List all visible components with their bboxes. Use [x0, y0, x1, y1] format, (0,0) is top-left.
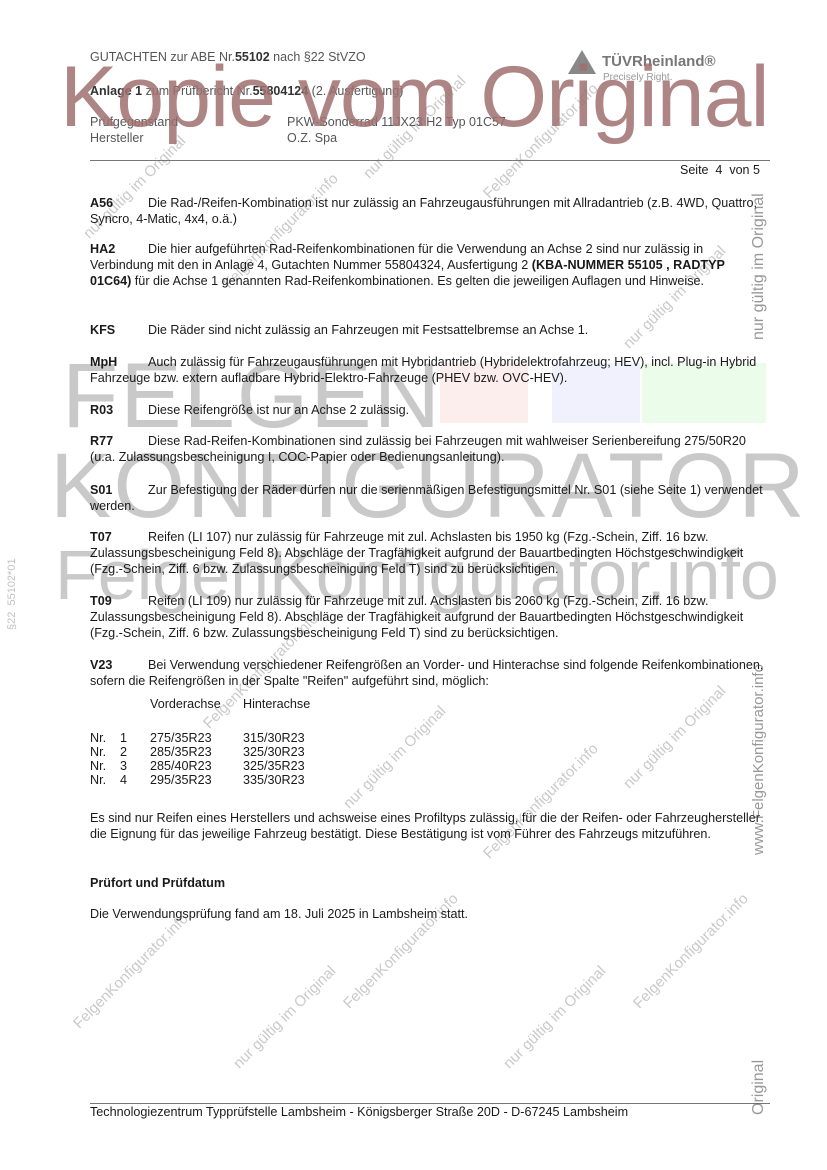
cell: 295/35R23 [150, 773, 243, 787]
note-r77: R77Diese Rad-Reifen-Kombinationen sind z… [90, 433, 768, 465]
note-code: R03 [90, 402, 148, 418]
note-text: Auch zulässig für Fahrzeugausführungen m… [90, 355, 756, 385]
note-text: für die Achse 1 genannten Rad-Reifenkomb… [131, 274, 704, 288]
closing-text: Es sind nur Reifen eines Herstellers und… [90, 810, 768, 842]
cell: Nr. [90, 745, 120, 759]
cell: 335/30R23 [243, 773, 318, 787]
vertical-watermark-right-bottom: Original [750, 1060, 768, 1115]
note-t07: T07Reifen (LI 107) nur zulässig für Fahr… [90, 529, 768, 577]
table-header [120, 697, 150, 711]
note-code: V23 [90, 657, 148, 673]
note-v23: V23Bei Verwendung verschiedener Reifengr… [90, 657, 768, 689]
note-text: Die Rad-/Reifen-Kombination ist nur zulä… [90, 196, 757, 226]
vertical-document-id: §22 55102*01 [6, 558, 18, 630]
tyre-combination-table: Vorderachse Hinterachse Nr.1275/35R23315… [90, 697, 318, 787]
page-number: Seite 4 von 5 [680, 163, 760, 177]
test-date-text: Die Verwendungsprüfung fand am 18. Juli … [90, 906, 768, 922]
watermark-small: nur gültig im Original [620, 683, 729, 792]
note-code: R77 [90, 433, 148, 449]
cell: 285/35R23 [150, 745, 243, 759]
cell: Nr. [90, 759, 120, 773]
note-r03: R03Diese Reifengröße ist nur an Achse 2 … [90, 402, 768, 418]
note-text: Die Räder sind nicht zulässig an Fahrzeu… [148, 323, 588, 337]
footer-rule [90, 1103, 770, 1104]
watermark-small: nur gültig im Original [340, 703, 449, 812]
note-code: MpH [90, 354, 148, 370]
table-header [90, 697, 120, 711]
watermark-small: FelgenKonfigurator.info [70, 910, 192, 1032]
note-kfs: KFSDie Räder sind nicht zulässig an Fahr… [90, 322, 768, 338]
note-text: Diese Rad-Reifen-Kombinationen sind zulä… [90, 434, 746, 464]
cell: 275/35R23 [150, 731, 243, 745]
note-code: T09 [90, 593, 148, 609]
section-heading: Prüfort und Prüfdatum [90, 875, 768, 891]
cell: Nr. [90, 731, 120, 745]
table-row: Nr.1275/35R23315/30R23 [90, 731, 318, 745]
note-ha2: HA2Die hier aufgeführten Rad-Reifenkombi… [90, 241, 768, 289]
cell: 315/30R23 [243, 731, 318, 745]
table-row: Nr.3285/40R23325/35R23 [90, 759, 318, 773]
table-row: Nr.2285/35R23325/30R23 [90, 745, 318, 759]
vertical-watermark-right-mid: www.FelgenKonfigurator.info [750, 664, 767, 855]
cell: 325/30R23 [243, 745, 318, 759]
note-text: Reifen (LI 107) nur zulässig für Fahrzeu… [90, 530, 743, 576]
note-code: KFS [90, 322, 148, 338]
note-code: HA2 [90, 241, 148, 257]
watermark-small: FelgenKonfigurator.info [480, 740, 602, 862]
note-code: T07 [90, 529, 148, 545]
vertical-watermark-right-top: nur gültig im Original [750, 193, 768, 340]
note-text: Reifen (LI 109) nur zulässig für Fahrzeu… [90, 594, 743, 640]
table-header-row: Vorderachse Hinterachse [90, 697, 318, 711]
cell: Nr. [90, 773, 120, 787]
cell: 1 [120, 731, 150, 745]
cell: 4 [120, 773, 150, 787]
watermark-kopie-vom-original: Kopie vom Original [60, 52, 769, 142]
note-text: Bei Verwendung verschiedener Reifengröße… [90, 658, 763, 688]
table-row: Nr.4295/35R23335/30R23 [90, 773, 318, 787]
note-code: A56 [90, 195, 148, 211]
note-a56: A56Die Rad-/Reifen-Kombination ist nur z… [90, 195, 768, 227]
note-text: Diese Reifengröße ist nur an Achse 2 zul… [148, 403, 409, 417]
watermark-small: nur gültig im Original [500, 963, 609, 1072]
footer-address: Technologiezentrum Typprüfstelle Lambshe… [90, 1105, 628, 1119]
cell: 3 [120, 759, 150, 773]
cell: 2 [120, 745, 150, 759]
table-header: Hinterachse [243, 697, 318, 711]
note-mph: MpHAuch zulässig für Fahrzeugausführunge… [90, 354, 768, 386]
table-header: Vorderachse [150, 697, 243, 711]
note-t09: T09Reifen (LI 109) nur zulässig für Fahr… [90, 593, 768, 641]
header-rule [90, 160, 770, 161]
note-code: S01 [90, 482, 148, 498]
note-text: Zur Befestigung der Räder dürfen nur die… [90, 483, 763, 513]
cell: 285/40R23 [150, 759, 243, 773]
note-s01: S01Zur Befestigung der Räder dürfen nur … [90, 482, 768, 514]
cell: 325/35R23 [243, 759, 318, 773]
watermark-small: nur gültig im Original [230, 963, 339, 1072]
